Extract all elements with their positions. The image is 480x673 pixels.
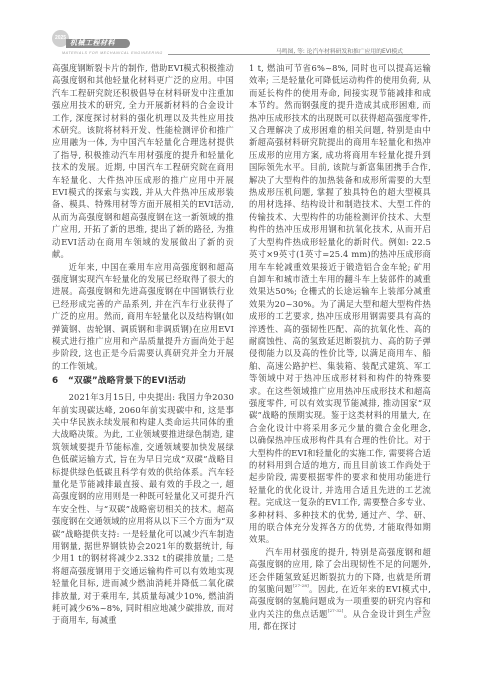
page-number: 15 — [418, 606, 426, 614]
journal-logo-title: 机械工程材料 — [66, 39, 130, 48]
journal-logo-subtitle: MATERIALS FOR MECHANICAL ENGINEERING — [62, 51, 163, 55]
section-number: 6 — [52, 375, 68, 388]
citation-ref[interactable]: [27-28] — [293, 583, 309, 588]
paragraph: 高强度钢断裂卡片的制作, 借助EVI模式积极推动高强度钢和其他轻量化材料更广泛的… — [52, 62, 234, 261]
left-text-column: 高强度钢断裂卡片的制作, 借助EVI模式积极推动高强度钢和其他轻量化材料更广泛的… — [52, 62, 234, 627]
section-title: “双碳”战略背景下的EVI活动 — [68, 376, 186, 386]
section-heading: 6“双碳”战略背景下的EVI活动 — [52, 375, 234, 388]
running-title: 马鸣图, 等: 论汽车材料研发和推广应用的EVI模式 — [276, 46, 403, 55]
paragraph: 汽车用材强度的提升, 特别是高强度钢和超高强度钢的应用, 除了会出现韧性不足的问… — [249, 546, 431, 633]
right-text-column: 1 t, 燃油可节省6%~8%, 同时也可以提高运输效率; 三是轻量化可降低运动… — [249, 62, 431, 633]
paragraph: 近年来, 中国在乘用车应用高强度钢和超高强度钢实现汽车轻量化的发展已经取得了很大… — [52, 261, 234, 373]
citation-ref[interactable]: [27-32] — [328, 608, 344, 613]
page-header: 2025 机械工程材料 MATERIALS FOR MECHANICAL ENG… — [0, 0, 480, 60]
paragraph: 1 t, 燃油可节省6%~8%, 同时也可以提高运输效率; 三是轻量化可降低运动… — [249, 62, 431, 546]
paragraph: 2021年3月15日, 中央提出: 我国力争2030年前实现碳达峰, 2060年… — [52, 391, 234, 627]
